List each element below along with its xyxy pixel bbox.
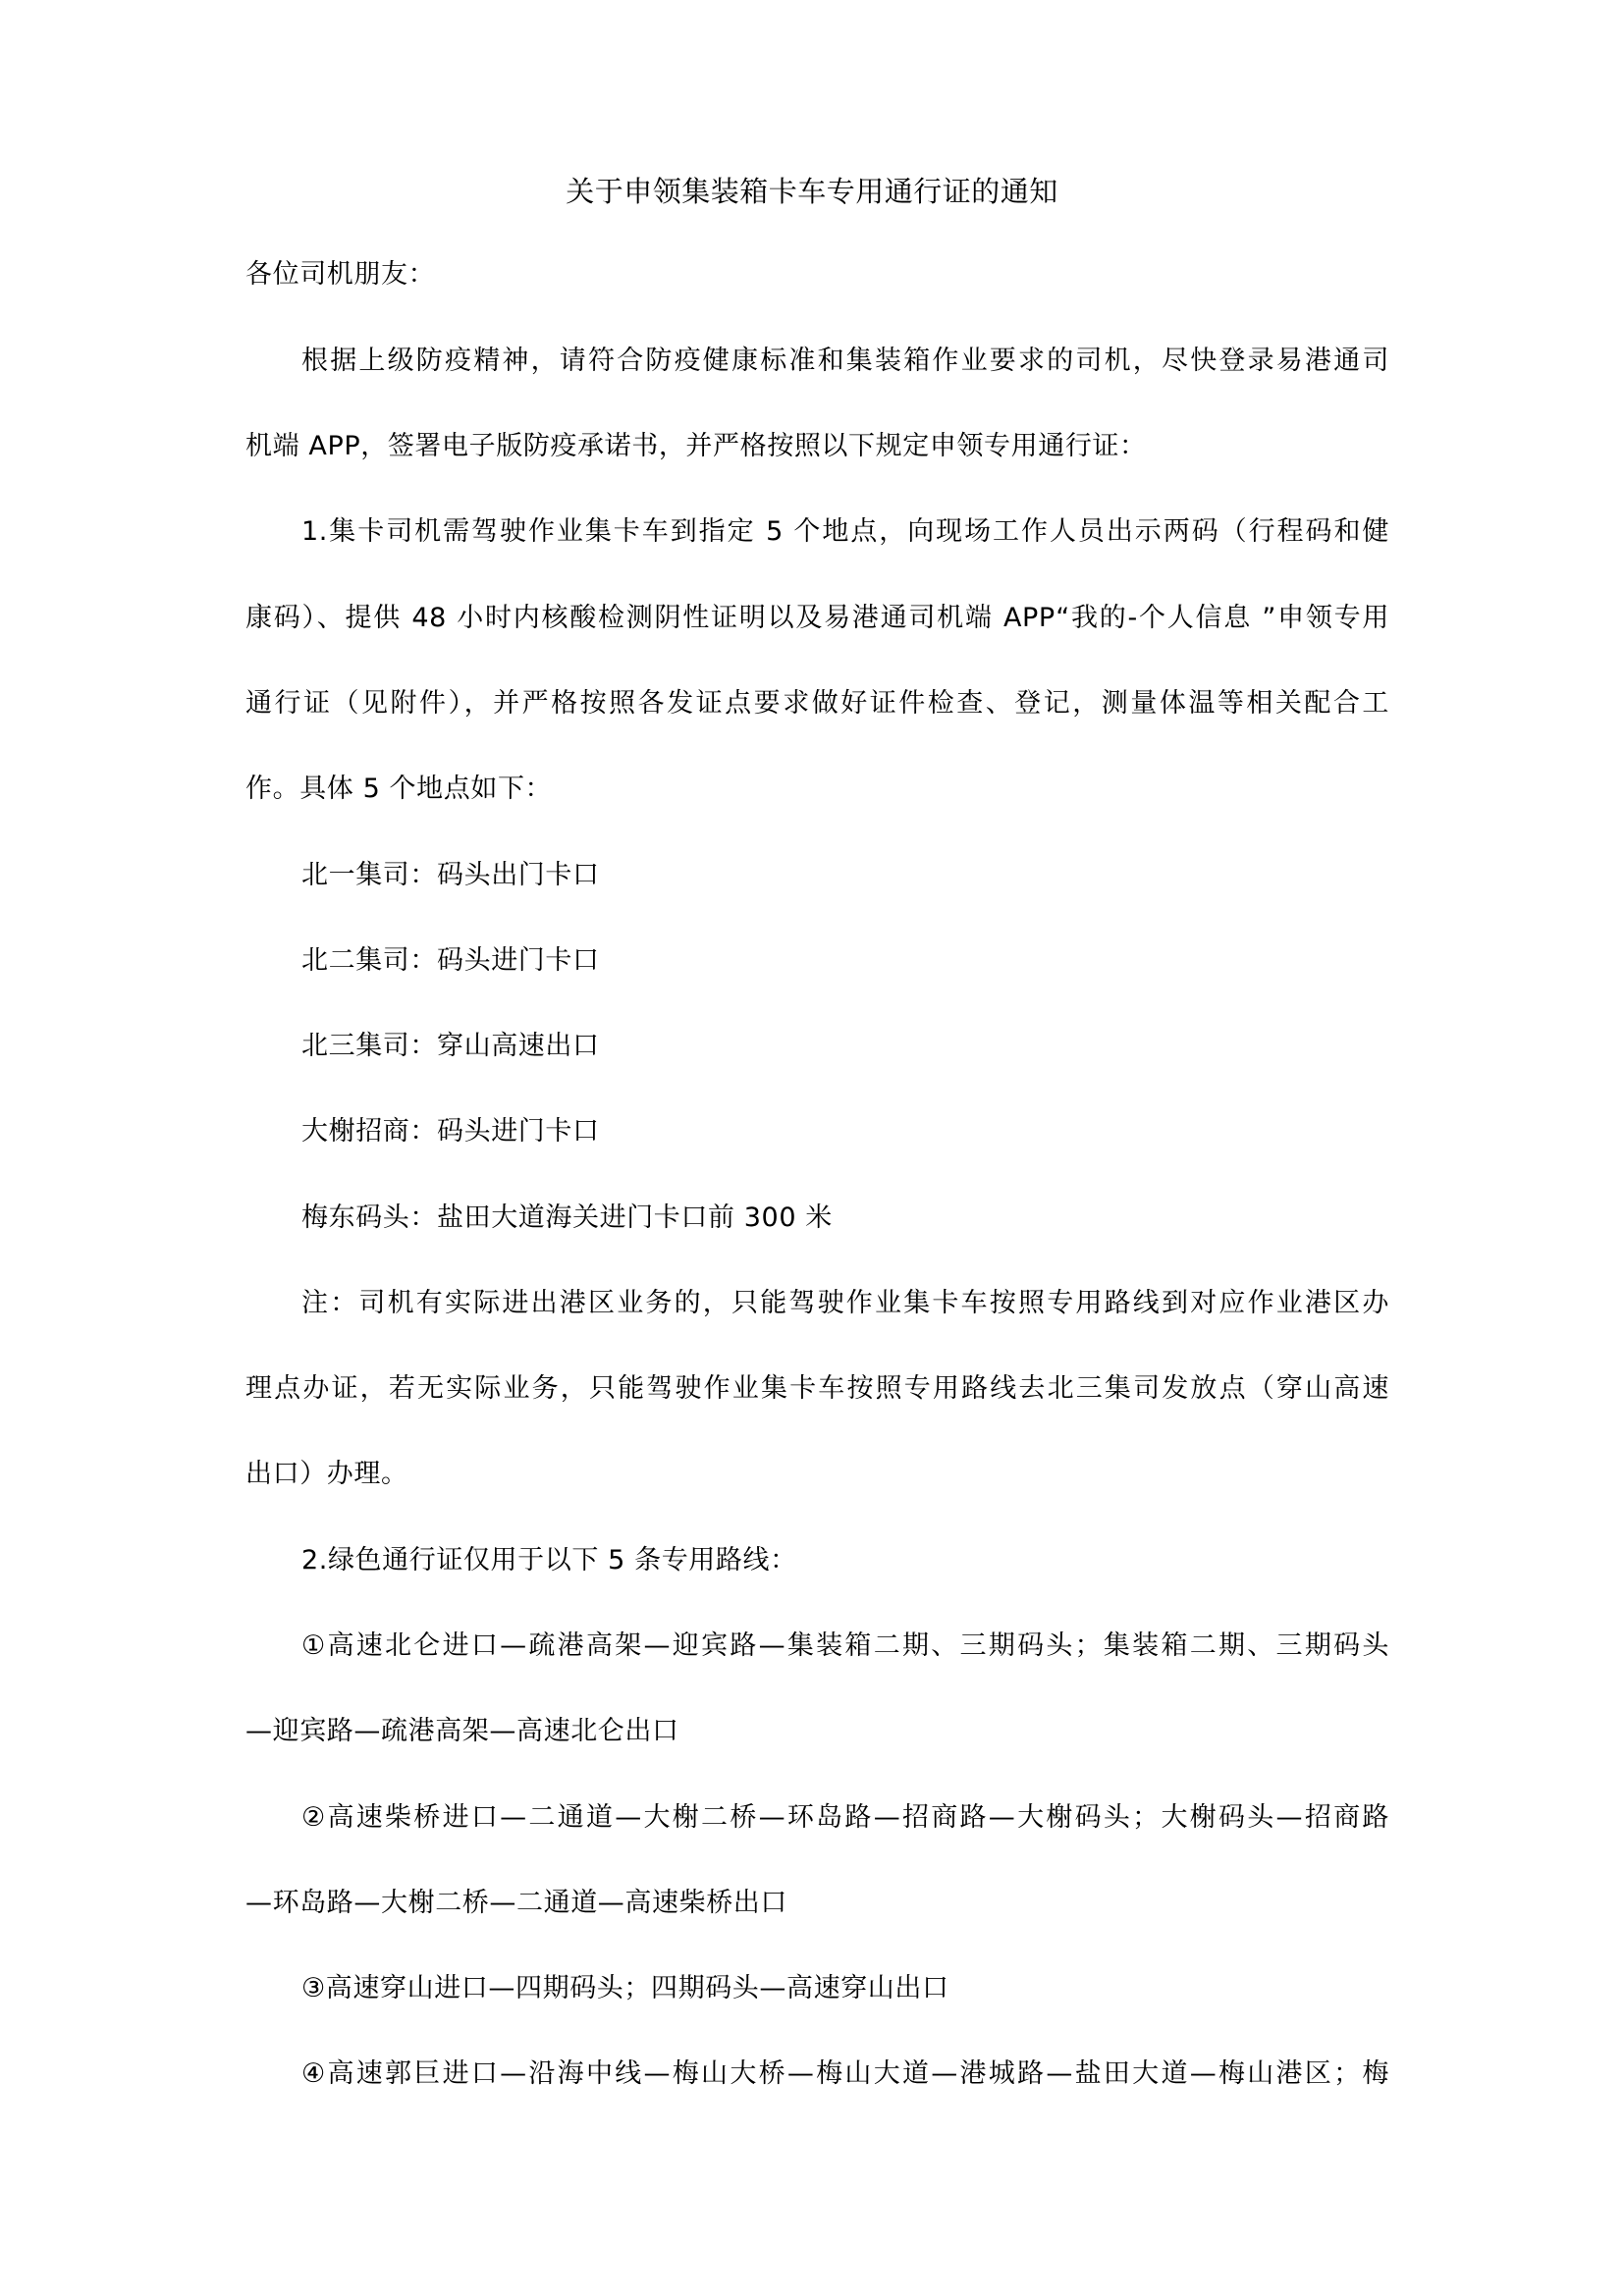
section2-heading: 2.绿色通行证仅用于以下 5 条专用路线： (301, 1541, 797, 1580)
location-item: 梅东码头：盐田大道海关进门卡口前 300 米 (301, 1199, 833, 1238)
note-line-1: 注：司机有实际进出港区业务的，只能驾驶作业集卡车按照专用路线到对应作业港区办 (301, 1284, 1389, 1323)
route-3-line-1: ③高速穿山进口—四期码头；四期码头—高速穿山出口 (301, 1969, 949, 2008)
location-item: 北三集司：穿山高速出口 (301, 1027, 600, 1066)
note-line-3: 出口）办理。 (245, 1455, 408, 1494)
route-1-line-2: —迎宾路—疏港高架—高速北仑出口 (245, 1712, 679, 1751)
location-item: 北二集司：码头进门卡口 (301, 941, 600, 981)
section1-line-3: 通行证（见附件），并严格按照各发证点要求做好证件检查、登记，测量体温等相关配合工 (245, 684, 1389, 723)
salutation: 各位司机朋友： (245, 255, 435, 294)
route-1-line-1: ①高速北仑进口—疏港高架—迎宾路—集装箱二期、三期码头；集装箱二期、三期码头 (301, 1627, 1389, 1666)
note-line-2: 理点办证，若无实际业务，只能驾驶作业集卡车按照专用路线去北三集司发放点（穿山高速 (245, 1369, 1389, 1409)
location-item: 大榭招商：码头进门卡口 (301, 1112, 600, 1151)
section1-line-2: 康码）、提供 48 小时内核酸检测阴性证明以及易港通司机端 APP“我的-个人信… (245, 599, 1389, 638)
route-2-line-2: —环岛路—大榭二桥—二通道—高速柴桥出口 (245, 1884, 787, 1923)
document-page: 关于申领集装箱卡车专用通行证的通知 各位司机朋友： 根据上级防疫精神，请符合防疫… (0, 0, 1624, 2296)
route-2-line-1: ②高速柴桥进口—二通道—大榭二桥—环岛路—招商路—大榭码头；大榭码头—招商路 (301, 1798, 1389, 1838)
route-4-line-1: ④高速郭巨进口—沿海中线—梅山大桥—梅山大道—港城路—盐田大道—梅山港区；梅 (301, 2055, 1389, 2094)
section1-line-4: 作。具体 5 个地点如下： (245, 770, 552, 809)
intro-line-1: 根据上级防疫精神，请符合防疫健康标准和集装箱作业要求的司机，尽快登录易港通司 (301, 342, 1389, 381)
section1-line-1: 1.集卡司机需驾驶作业集卡车到指定 5 个地点，向现场工作人员出示两码（行程码和… (301, 512, 1389, 552)
location-item: 北一集司：码头出门卡口 (301, 856, 600, 895)
intro-line-2: 机端 APP，签署电子版防疫承诺书，并严格按照以下规定申领专用通行证： (245, 427, 1147, 466)
document-title: 关于申领集装箱卡车专用通行证的通知 (0, 172, 1624, 211)
